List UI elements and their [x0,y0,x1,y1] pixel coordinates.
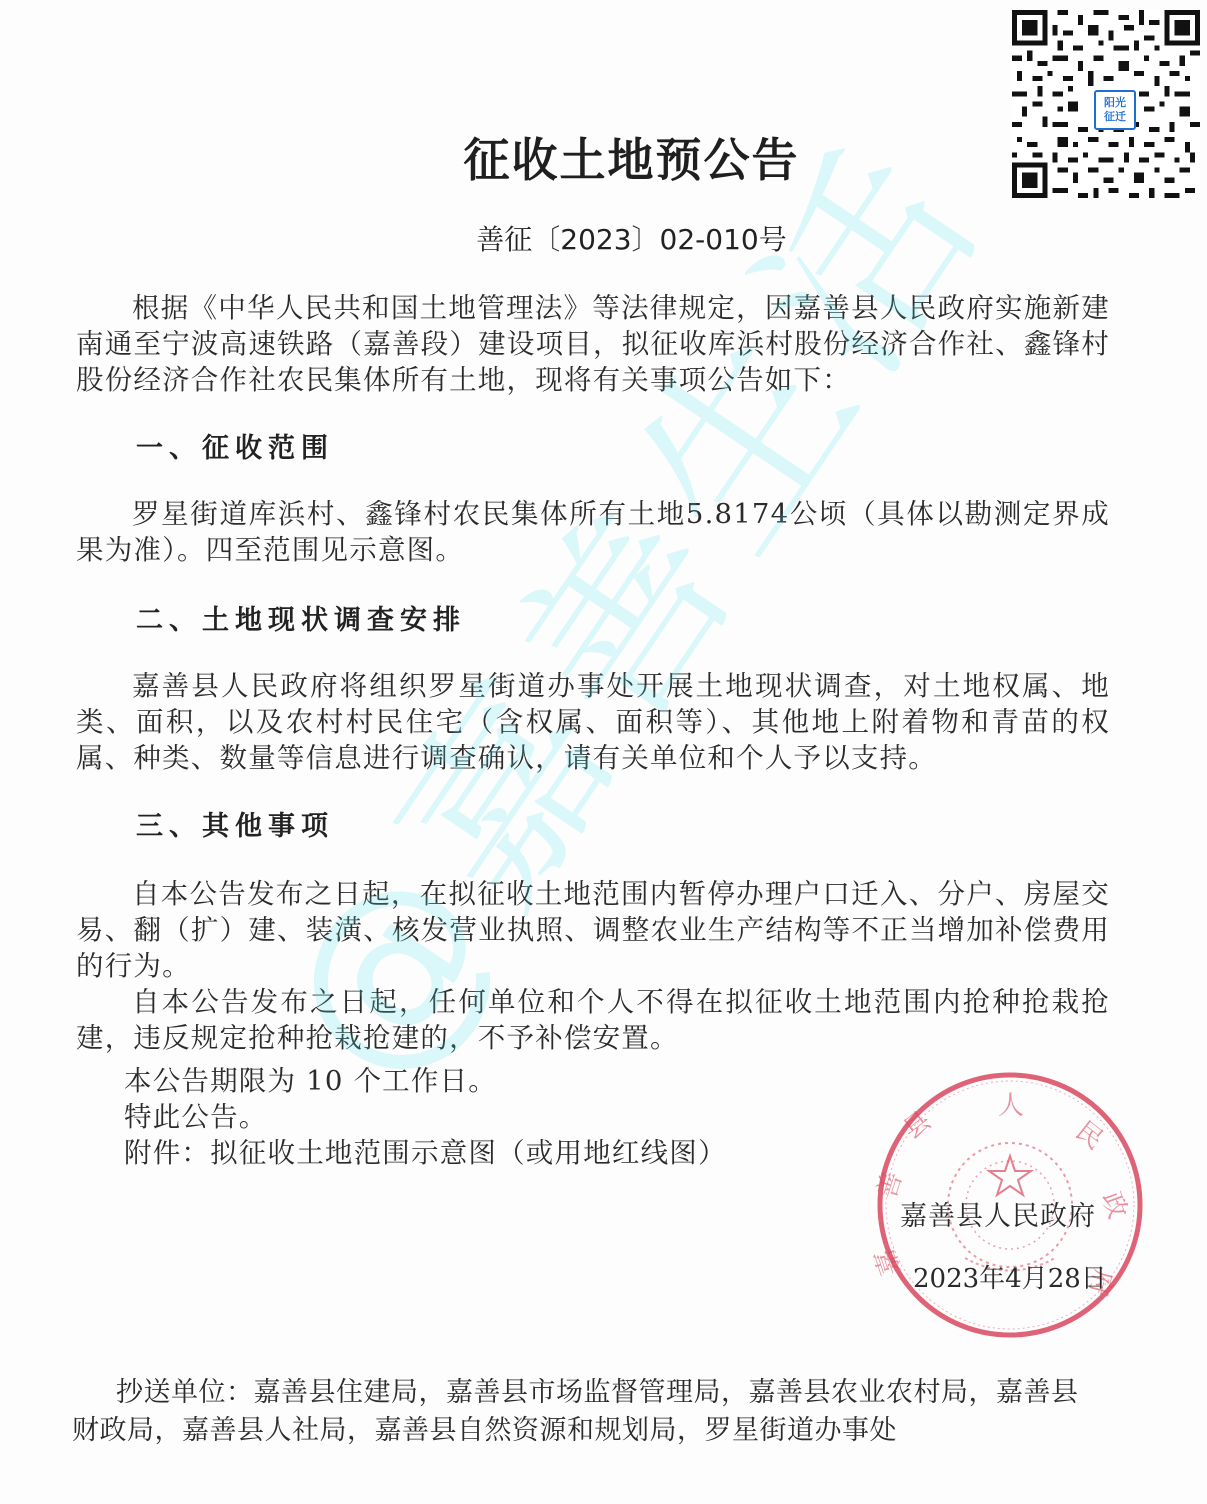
section-scope-paragraph: 罗星街道库浜村、鑫锋村农民集体所有土地5.8174公顷（具体以勘测定界成果为准）… [76,496,1110,568]
attachment-line: 附件：拟征收土地范围示意图（或用地红线图） [124,1130,727,1170]
qr-logo-line2: 征迁 [1104,110,1126,124]
notice-period: 本公告期限为 10 个工作日。 [124,1058,497,1098]
section-heading-scope: 一、征收范围 [136,426,334,465]
svg-text:民: 民 [1070,1116,1109,1156]
closing-line: 特此公告。 [124,1094,268,1134]
document-page: 阳光 征迁 征收土地预公告 善征〔2023〕02-010号 根据《中华人民共和国… [0,0,1207,1504]
document-number: 善征〔2023〕02-010号 [0,218,1207,258]
section-heading-survey: 二、土地现状调查安排 [136,598,466,637]
svg-text:县: 县 [898,1106,937,1146]
svg-text:人: 人 [998,1091,1024,1121]
qr-logo-line1: 阳光 [1104,96,1126,110]
intro-paragraph: 根据《中华人民共和国土地管理法》等法律规定，因嘉善县人民政府实施新建南通至宁波高… [76,290,1110,398]
signer-name: 嘉善县人民政府 [900,1194,1096,1233]
section-survey-paragraph: 嘉善县人民政府将组织罗星街道办事处开展土地现状调查，对土地权属、地类、面积，以及… [76,668,1110,776]
cc-recipients: 抄送单位：嘉善县住建局，嘉善县市场监督管理局，嘉善县农业农村局，嘉善县财政局，嘉… [72,1374,1102,1450]
section-other-paragraph-2: 自本公告发布之日起，任何单位和个人不得在拟征收土地范围内抢种抢栽抢建，违反规定抢… [76,984,1110,1056]
section-other-paragraph-1: 自本公告发布之日起，在拟征收土地范围内暂停办理户口迁入、分户、房屋交易、翻（扩）… [76,876,1110,984]
svg-text:政: 政 [1095,1188,1132,1223]
section-heading-other: 三、其他事项 [136,804,334,843]
page-title: 征收土地预公告 [0,124,1207,190]
sign-date: 2023年4月28日 [913,1258,1107,1295]
